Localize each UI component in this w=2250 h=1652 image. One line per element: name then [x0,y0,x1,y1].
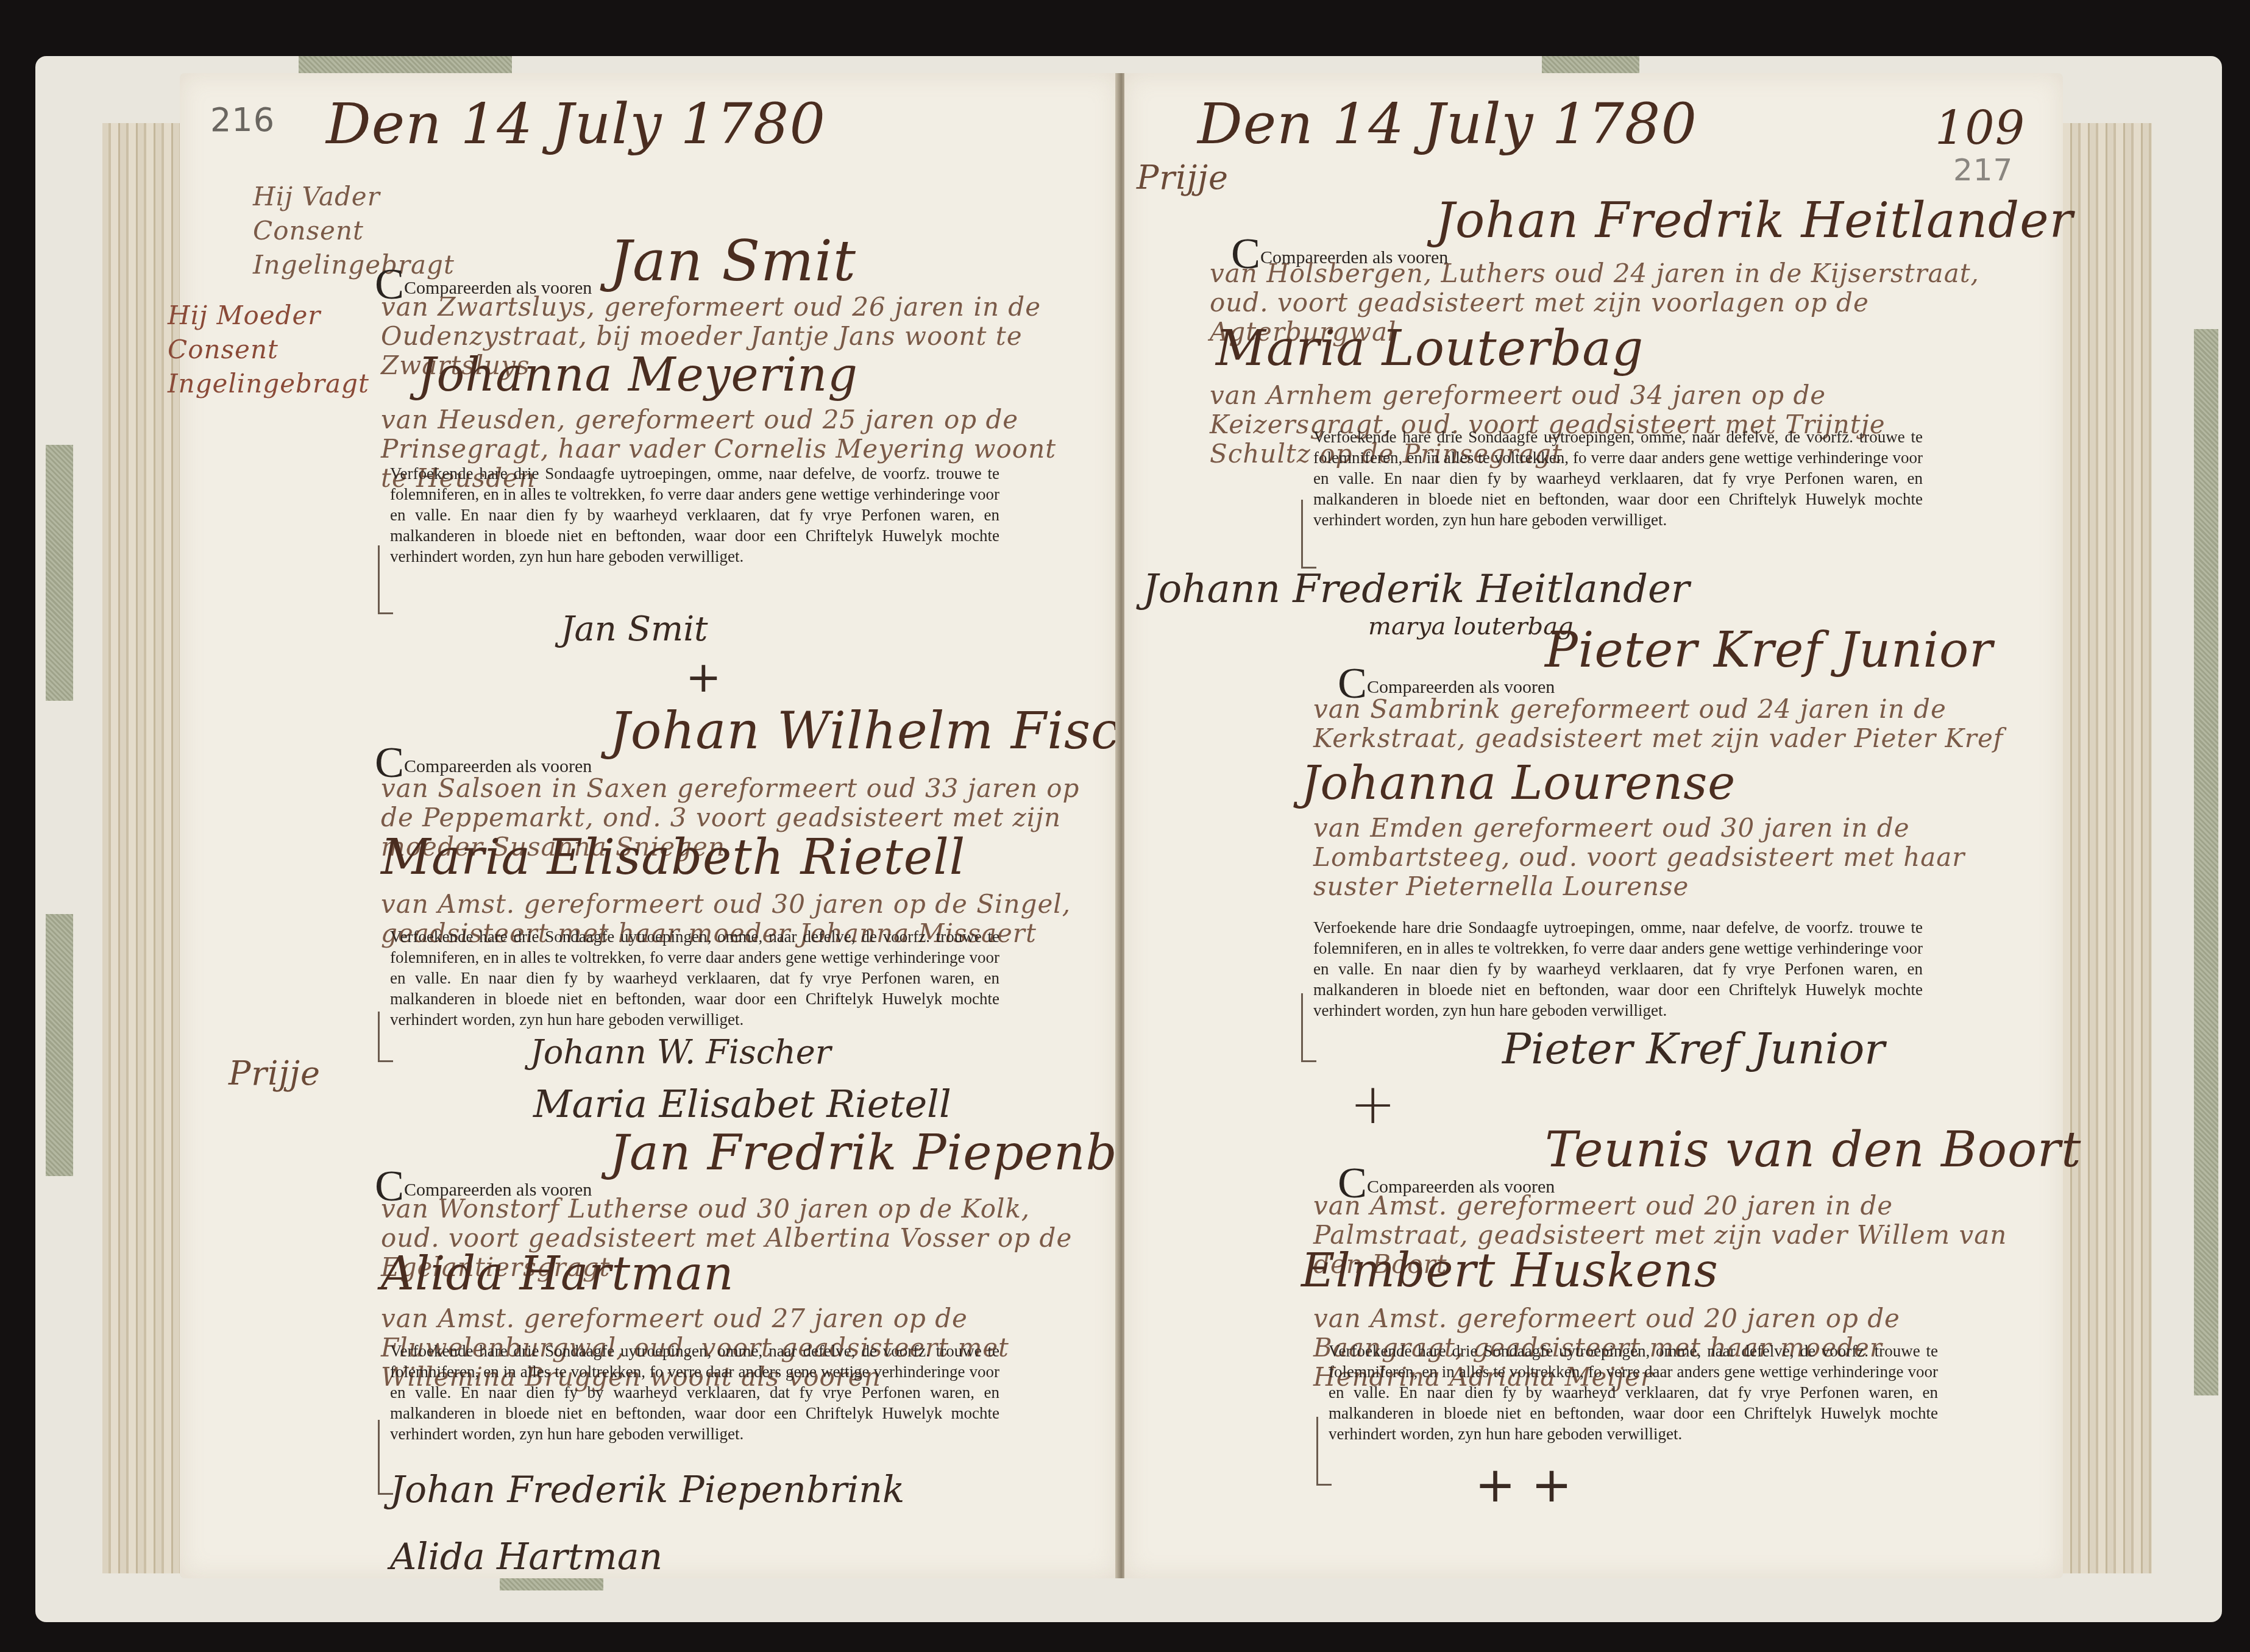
right-page: Den 14 July 1780 109 217 Prijje CCompare… [1124,73,2063,1578]
margin-note: Prijje [229,1054,321,1093]
printed-formula: Verfoekende hare drie Sondaagfe uytroepi… [1313,427,1923,530]
cloth-tab-left-upper [46,445,73,701]
bracket-mark [378,545,393,614]
bride-name: Johanna Lourense [1301,756,1736,810]
date-heading: Den 14 July 1780 [1198,91,1697,157]
signature: marya louterbag [1368,612,1574,640]
signature: Maria Elisabet Rietell [533,1082,951,1126]
printed-formula: Verfoekende hare drie Sondaagfe uytroepi… [390,1341,999,1444]
folio-number-pencil: 216 [210,101,275,139]
groom-details: van Sambrink gereformeert oud 24 jaren i… [1313,695,2014,753]
groom-name: Jan Smit [609,229,856,294]
left-page: 216 Den 14 July 1780 Hij Vader Consent I… [180,73,1118,1578]
groom-name: Johan Fredrik Heitlander [1435,192,2073,249]
cross-mark: + [1350,1072,1396,1136]
signature: Jan Smit [561,609,708,649]
signature: Johan Frederik Piepenbrink [390,1469,904,1511]
bride-name: Maria Elisabeth Rietell [381,829,965,885]
bracket-mark [1301,993,1316,1062]
bracket-mark [1316,1417,1332,1486]
cloth-tab-left-lower [46,914,73,1176]
folio-number-pencil: 217 [1953,152,2013,188]
printed-formula: Verfoekende hare drie Sondaagfe uytroepi… [390,463,999,567]
bracket-mark [378,1012,393,1062]
date-heading: Den 14 July 1780 [326,91,826,157]
bride-details: van Emden gereformeert oud 30 jaren in d… [1313,814,2014,901]
printed-formula: Verfoekende hare drie Sondaagfe uytroepi… [390,926,999,1030]
bracket-mark [1301,500,1316,569]
bride-name: Elmbert Huskens [1301,1243,1719,1297]
signature: Pieter Kref Junior [1502,1024,1885,1074]
signature: Johann Frederik Heitlander [1143,567,1689,612]
signature: Johann W. Fischer [530,1033,831,1071]
cloth-tab-right [2194,329,2218,1395]
bride-name: Maria Louterbag [1216,320,1644,377]
right-page-edges [2054,123,2152,1573]
cross-mark: + [686,652,722,702]
printed-formula: Verfoekende hare drie Sondaagfe uytroepi… [1313,917,1923,1021]
margin-note: Prijje [1137,158,1229,197]
cross-marks: + + [1475,1456,1572,1513]
printed-formula: Verfoekende hare drie Sondaagfe uytroepi… [1329,1341,1938,1444]
groom-name: Teunis van den Boort [1545,1121,2081,1178]
folio-number: 109 [1935,101,2025,155]
bride-name: Johanna Meyering [417,347,858,402]
signature: Alida Hartman [390,1536,662,1578]
groom-name: Pieter Kref Junior [1545,622,1993,678]
bride-name: Alida Hartman [381,1246,734,1300]
